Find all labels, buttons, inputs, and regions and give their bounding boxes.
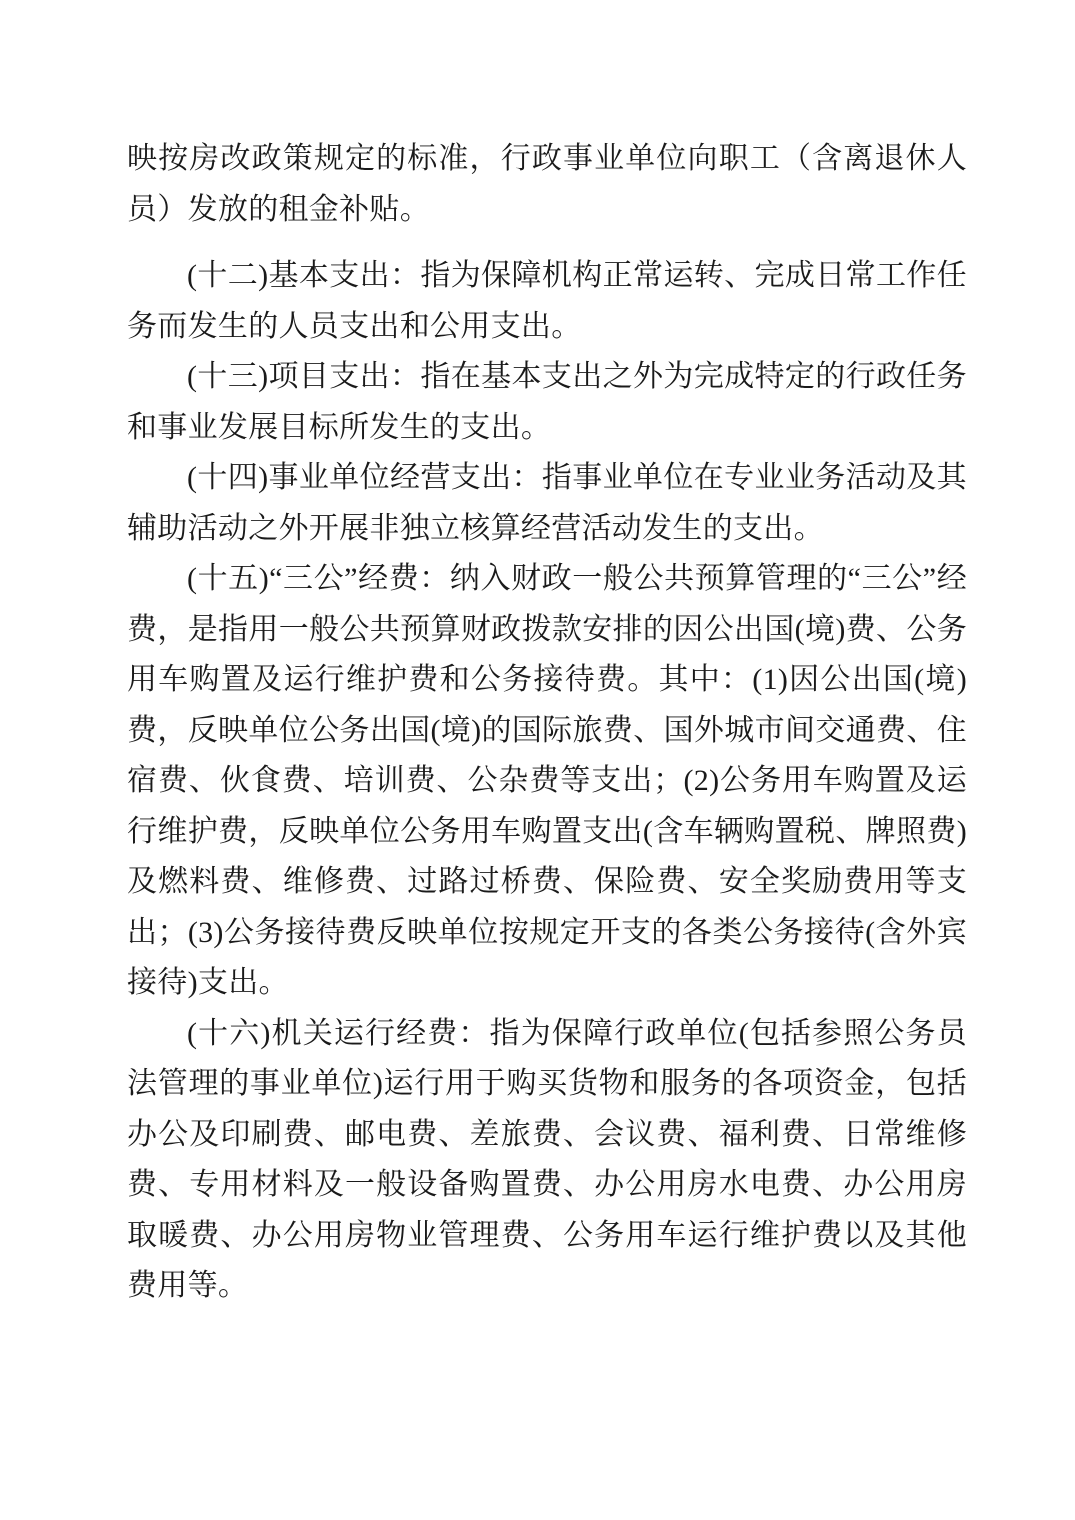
document-page: 映按房改政策规定的标准，行政事业单位向职工（含离退休人员）发放的租金补贴。 (十… — [0, 0, 1075, 1520]
document-body: 映按房改政策规定的标准，行政事业单位向职工（含离退休人员）发放的租金补贴。 (十… — [127, 134, 967, 1312]
paragraph-continuation-rent-subsidy: 映按房改政策规定的标准，行政事业单位向职工（含离退休人员）发放的租金补贴。 — [127, 134, 967, 235]
paragraph-item-12-basic-expenditure: (十二)基本支出：指为保障机构正常运转、完成日常工作任务而发生的人员支出和公用支… — [127, 251, 967, 352]
paragraph-item-16-agency-operating-funds: (十六)机关运行经费：指为保障行政单位(包括参照公务员法管理的事业单位)运行用于… — [127, 1009, 967, 1312]
paragraph-item-15-three-public-funds: (十五)“三公”经费：纳入财政一般公共预算管理的“三公”经费，是指用一般公共预算… — [127, 554, 967, 1009]
paragraph-item-14-operating-expenditure: (十四)事业单位经营支出：指事业单位在专业业务活动及其辅助活动之外开展非独立核算… — [127, 453, 967, 554]
paragraph-item-13-project-expenditure: (十三)项目支出：指在基本支出之外为完成特定的行政任务和事业发展目标所发生的支出… — [127, 352, 967, 453]
